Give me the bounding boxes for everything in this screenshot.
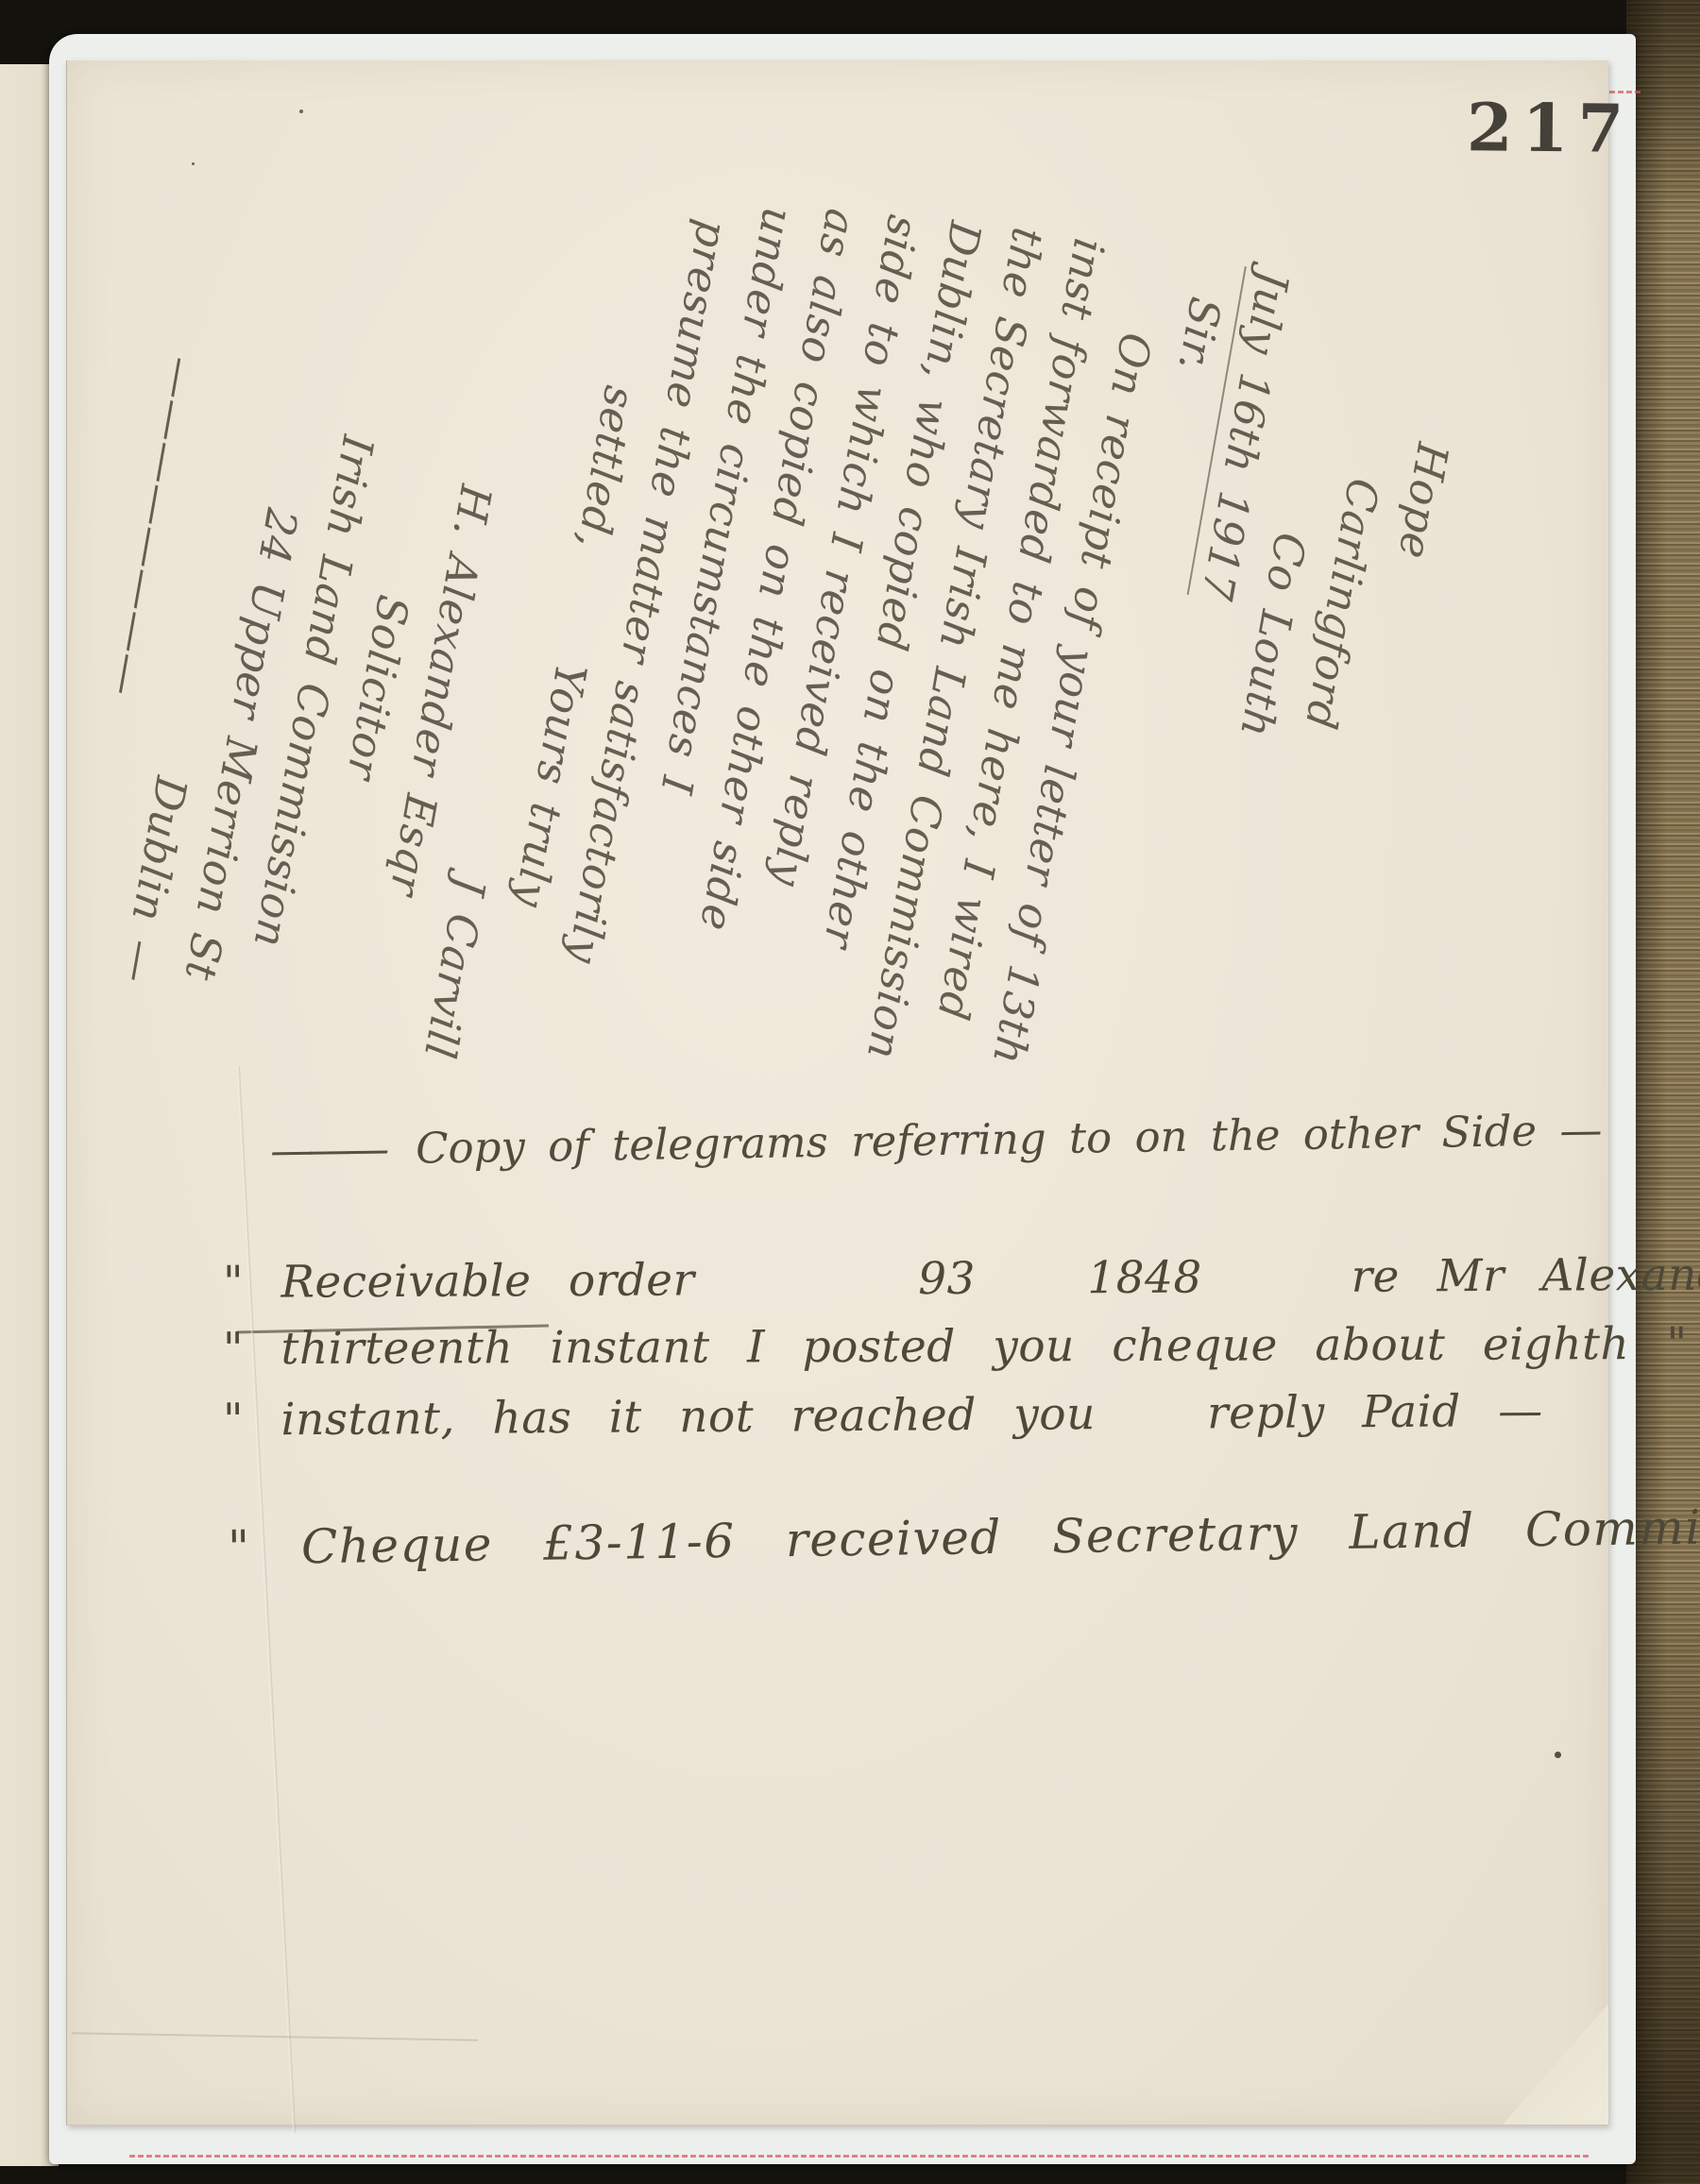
- telegram-line: " instant, has it not reached you reply …: [223, 1374, 1700, 1454]
- telegram-line-text: " instant, has it not reached you reply …: [223, 1382, 1700, 1446]
- telegram-second-block: " Cheque £3-11-6 received Secretary Land…: [228, 1498, 1700, 1576]
- telegram-second-text: " Cheque £3-11-6 received Secretary Land…: [228, 1498, 1700, 1576]
- ink-speck: [192, 162, 195, 165]
- red-guide-line-bottom: [129, 2155, 1589, 2158]
- letter-line-text: Hope: [1388, 439, 1458, 563]
- letter-page: 217 Hope Carlingford Co Louth July 16th …: [66, 60, 1608, 2125]
- copy-note-line: ———Copy of telegrams referring to on the…: [270, 1104, 1603, 1176]
- ink-period-dot: [1555, 1752, 1561, 1758]
- folded-corner: [1503, 2004, 1608, 2125]
- page-number-stamp: 217: [1467, 88, 1634, 168]
- telegram-line-text: " thirteenth instant I posted you cheque…: [223, 1318, 1688, 1375]
- leading-dash: ———: [270, 1123, 384, 1176]
- rotated-letter-block: Hope Carlingford Co Louth July 16th 1917…: [43, 82, 1488, 1193]
- telegram-line-text: " Receivable order 93 1848 re Mr Alexand…: [223, 1247, 1700, 1309]
- book-page-edges: [1626, 0, 1700, 2184]
- paper-crease-short: [72, 2032, 478, 2041]
- letter-line-text: Sir.: [1168, 294, 1231, 375]
- letterbook-scan: 217 Hope Carlingford Co Louth July 16th …: [0, 0, 1700, 2184]
- telegram-line: " Receivable order 93 1848 re Mr Alexand…: [223, 1240, 1700, 1317]
- ink-speck: [299, 110, 303, 113]
- telegram-line: " thirteenth instant I posted you cheque…: [223, 1310, 1700, 1384]
- paper-crease-long: [237, 1067, 296, 2133]
- copy-note-text: Copy of telegrams referring to on the ot…: [416, 1105, 1603, 1174]
- telegram-first-block: " Receivable order 93 1848 re Mr Alexand…: [223, 1244, 1700, 1448]
